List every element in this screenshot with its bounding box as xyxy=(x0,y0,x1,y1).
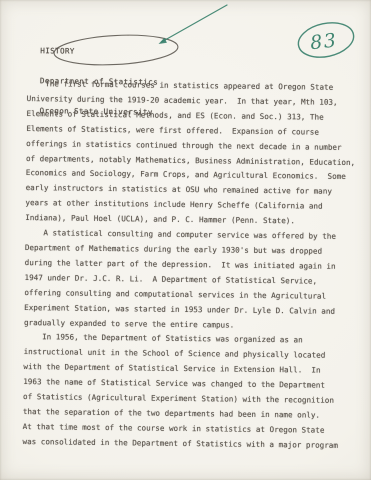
header-title: HISTORY xyxy=(40,46,158,57)
document-body: The first formal courses in statistics a… xyxy=(22,77,371,454)
body-line: was consolidated in the Department of St… xyxy=(22,435,366,454)
scanned-page: HISTORY Department of Statistics Oregon … xyxy=(0,0,371,480)
page-content: HISTORY Department of Statistics Oregon … xyxy=(0,0,371,480)
